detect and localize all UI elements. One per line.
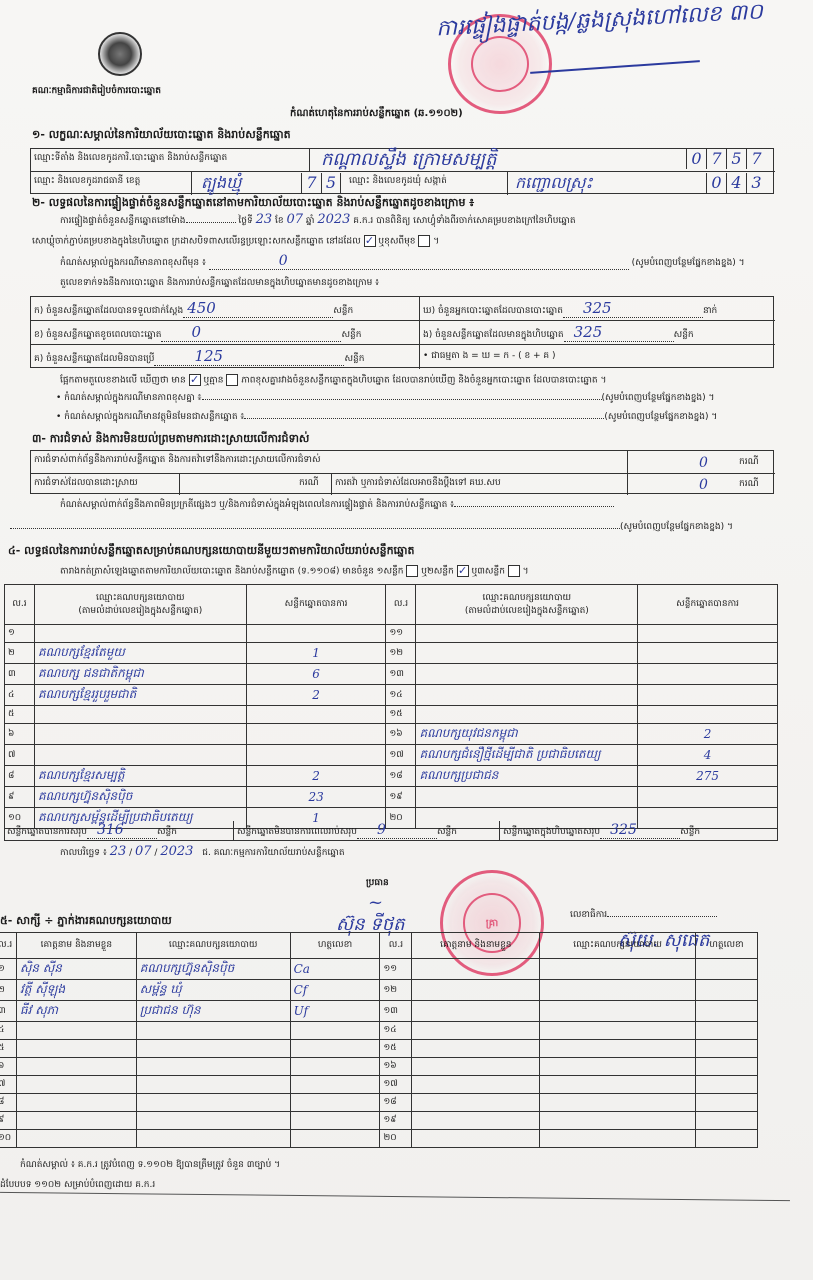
witness-party [540, 1094, 696, 1112]
section4-title: ៤- លទ្ធផលនៃការរាប់សន្លឹកឆ្នោតសម្រាប់គណបក… [8, 544, 415, 560]
table-row: ៤គណបក្សខ្មែររួបរួមជាតិ2១៤ [5, 685, 778, 706]
witness-signature [695, 980, 757, 1001]
resolved-objections-label: ការជំទាស់ដែលបានដោះស្រាយ [34, 478, 138, 489]
valid-votes: 2 [638, 724, 778, 745]
two-sheet-checkbox[interactable]: ✓ [457, 565, 469, 577]
table-row: ៨គណបក្សខ្មែរសម្បត្តិ2១៨គណបក្សប្រជាជន275 [5, 766, 778, 787]
document-page: គណៈកម្មាធិការជាតិរៀបចំការបោះឆ្នោត ការផ្ទ… [0, 0, 813, 1280]
witness-party [540, 1022, 696, 1040]
witness-name [412, 1130, 540, 1148]
footer-note-2: ដំបែបបទ ១១០២ សម្រាប់បំពេញដោយ គ.ក.រ [0, 1180, 155, 1191]
row-number: ២០ [380, 1130, 412, 1148]
table-row: ៦១៦ [0, 1058, 758, 1076]
table-row: ២គណបក្សខ្មែរតែមួយ1១២ [5, 643, 778, 664]
row-number: ៦ [5, 724, 35, 745]
check-time-line: ការផ្ទៀងផ្ទាត់ចំនួនសន្លឹកឆ្នោតនៅម៉ោង ថ្ង… [60, 214, 576, 227]
org-name: គណៈកម្មាធិការជាតិរៀបចំការបោះឆ្នោត [32, 86, 161, 97]
row-number: ១៤ [386, 685, 416, 706]
received-ballots-value: 450 [187, 299, 216, 317]
row-number: ១៣ [380, 1001, 412, 1022]
province-label: ឈ្មោះ និងលេខកូដរាជធានី ខេត្ត [34, 176, 140, 187]
box-ballots-value: 325 [574, 323, 603, 341]
row-number: ១៦ [380, 1058, 412, 1076]
witness-name [16, 1058, 136, 1076]
voters-value: 325 [583, 299, 612, 317]
secretary-label: លេខាធិការ [570, 910, 717, 921]
witness-signature [695, 1022, 757, 1040]
difference-note: • កំណត់សម្គាល់ក្នុងករណីមានភាពខុសគ្នា ៖(ស… [56, 393, 714, 404]
irregularity-note-cont: (សូមបំពេញបន្ថែមផ្នែកខាងខ្នង) ។ [10, 522, 733, 533]
valid-votes [638, 787, 778, 808]
commune-label: ឈ្មោះ និងលេខកូដឃុំ សង្កាត់ [349, 176, 447, 187]
party-name: គណបក្សខ្មែរតែមួយ [34, 643, 246, 664]
witness-party [136, 1076, 290, 1094]
row-number: ១៧ [380, 1076, 412, 1094]
witness-signature: Cf [290, 980, 380, 1001]
witness-signature [695, 1001, 757, 1022]
witness-party [540, 1076, 696, 1094]
party-name [416, 685, 638, 706]
witness-name [16, 1076, 136, 1094]
party-name: គណបក្សជំនឿថ្មីដើម្បីជាតិ ប្រជាធិបតេយ្យ [416, 745, 638, 766]
table-row: ២វត្តី ស៊ីឡុងសម្ព័ន្ធ ឃុំCf១២ [0, 980, 758, 1001]
witness-party [540, 1040, 696, 1058]
row-number: ១៣ [386, 664, 416, 685]
party-name: គណបក្សខ្មែរសម្បត្តិ [34, 766, 246, 787]
signature-stroke [530, 60, 700, 74]
total-box-value: 325 [610, 822, 637, 838]
witness-name: ធីវ សុភា [16, 1001, 136, 1022]
party-name [416, 643, 638, 664]
witness-party [540, 1058, 696, 1076]
table-row: ៧១៧ [0, 1076, 758, 1094]
section3-title: ៣- ការជំទាស់ និងការមិនយល់ព្រមតាមការដោះស្… [32, 432, 309, 448]
witness-signature [695, 959, 757, 980]
party-name: គណបក្សប្រជាជន [416, 766, 638, 787]
row-number: ១០ [0, 1130, 16, 1148]
witness-name [412, 980, 540, 1001]
row-number: ៣ [0, 1001, 16, 1022]
row-number: ១៨ [380, 1094, 412, 1112]
valid-votes [638, 706, 778, 724]
witness-name [412, 1001, 540, 1022]
witness-party [136, 1130, 290, 1148]
diff-note-line: កំណត់សម្គាល់ក្នុងករណីមានភាពខុសពីមុន ៖ 0 … [60, 256, 745, 270]
witness-signature [290, 1058, 380, 1076]
witness-name [412, 1040, 540, 1058]
table-row: ៧១៧គណបក្សជំនឿថ្មីដើម្បីជាតិ ប្រជាធិបតេយ្… [5, 745, 778, 766]
valid-votes [638, 685, 778, 706]
party-name: គណបក្សខ្មែររួបរួមជាតិ [34, 685, 246, 706]
nec-logo-icon [98, 32, 142, 76]
table-row: ៣ធីវ សុភាប្រជាជន ហ៊ុនUf១៣ [0, 1001, 758, 1022]
valid-votes [246, 745, 386, 766]
witness-signature [695, 1094, 757, 1112]
witness-name [412, 1058, 540, 1076]
witness-signature [290, 1112, 380, 1130]
witness-name: ស៊ិន ស៊ីន [16, 959, 136, 980]
witness-signature [695, 1058, 757, 1076]
voters-row: ឃ) ចំនួនអ្នកបោះឆ្នោតដែលបានបោះឆ្នោត325នាក… [423, 303, 717, 318]
row-number: ៥ [5, 706, 35, 724]
row-number: ១១ [386, 625, 416, 643]
witness-party [540, 1130, 696, 1148]
row-number: ១៥ [380, 1040, 412, 1058]
three-sheet-checkbox[interactable] [508, 565, 520, 577]
chair-label: ប្រធាន [366, 878, 389, 889]
no-difference-checkbox[interactable] [226, 374, 238, 386]
row-number: ១៧ [386, 745, 416, 766]
table-row: ៨១៨ [0, 1094, 758, 1112]
unused-ballots-value: 125 [194, 347, 223, 365]
party-name: គណបក្សយុវជនកម្ពុជា [416, 724, 638, 745]
witness-name: វត្តី ស៊ីឡុង [16, 980, 136, 1001]
party-name: គណបក្សហ្វ៊ុនស៊ិនប៉ិច [34, 787, 246, 808]
appeal-label: ការតវ៉ា ឬការជំទាស់ដែលអាចនឹងប្ដឹងទៅ គឃ.សប [335, 478, 501, 489]
witness-signature [695, 1130, 757, 1148]
witness-signature: Uf [290, 1001, 380, 1022]
valid-votes [246, 724, 386, 745]
witness-name [16, 1040, 136, 1058]
party-name [34, 706, 246, 724]
row-number: ៣ [5, 664, 35, 685]
party-name [34, 625, 246, 643]
party-name [34, 724, 246, 745]
party-name [416, 706, 638, 724]
valid-votes [638, 643, 778, 664]
valid-votes: 23 [246, 787, 386, 808]
witness-signature [290, 1022, 380, 1040]
footer-note: កំណត់សម្គាល់ ៖ គ.ក.រ ត្រូវបំពេញ ទ.១១០២ ឱ… [20, 1160, 280, 1171]
commune-name: កញ្ជោលស្រុះ [515, 172, 593, 196]
one-sheet-checkbox[interactable] [406, 565, 418, 577]
row-number: ៨ [5, 766, 35, 787]
objections-table: ការជំទាស់ពាក់ព័ន្ធនឹងការរាប់សន្លឹកឆ្នោត … [30, 450, 774, 494]
witness-name [16, 1130, 136, 1148]
valid-votes: 1 [246, 643, 386, 664]
witness-name [412, 959, 540, 980]
party-name [34, 745, 246, 766]
row-number: ១ [0, 959, 16, 980]
footer-divider [0, 1192, 790, 1201]
check-day: 23 [256, 212, 273, 227]
witness-name [16, 1022, 136, 1040]
party-name [416, 664, 638, 685]
table-row: ១០២០ [0, 1130, 758, 1148]
witness-signature: Ca [290, 959, 380, 980]
ballot-counts-table: ក) ចំនួនសន្លឹកឆ្នោតដែលបានទទួលជាក់ស្ដែង45… [30, 296, 774, 368]
witness-party [540, 959, 696, 980]
witness-party [136, 1040, 290, 1058]
row-number: ១២ [380, 980, 412, 1001]
row-number: ១៦ [386, 724, 416, 745]
witness-name [412, 1094, 540, 1112]
location-name: កណ្ដាលស្ទឹង ក្រោមសម្បត្តិ [321, 147, 497, 174]
row-number: ១៩ [386, 787, 416, 808]
row-number: ៤ [0, 1022, 16, 1040]
row-number: ១៥ [386, 706, 416, 724]
province-code: 7 5 [301, 173, 341, 193]
witness-signature [290, 1094, 380, 1112]
table-row: ៣គណបក្ស ជនជាតិកម្ពុជា6១៣ [5, 664, 778, 685]
section1-title: ១- លក្ខណៈសម្គាល់នៃការិយាល័យបោះឆ្នោត និងរ… [32, 128, 291, 144]
non-ballot-note: • កំណត់សម្គាល់ក្នុងករណីមានវត្ថុមិនមែនជាស… [56, 412, 717, 423]
valid-votes: 4 [638, 745, 778, 766]
location-code: 0 7 5 7 [686, 149, 766, 169]
diff-note-value: 0 [279, 253, 288, 269]
witness-party [136, 1112, 290, 1130]
objections-count: 0 [699, 455, 708, 471]
total-invalid-value: 9 [377, 822, 386, 838]
party-results-table: ល.រ ឈ្មោះគណបក្សនយោបាយ(តាមលំដាប់លេខរៀងក្ន… [4, 584, 778, 829]
different-checkbox[interactable] [418, 235, 430, 247]
row-number: ១៨ [386, 766, 416, 787]
witness-name [16, 1094, 136, 1112]
table-row: ៤១៤ [0, 1022, 758, 1040]
table-row: ៥១៥ [0, 1040, 758, 1058]
form-title: កំណត់ហេតុនៃការរាប់សន្លឹកឆ្នោត (ឆ.១១០២) [290, 108, 463, 120]
received-ballots-row: ក) ចំនួនសន្លឹកឆ្នោតដែលបានទទួលជាក់ស្ដែង45… [34, 303, 416, 318]
row-number: ៤ [5, 685, 35, 706]
witness-name [16, 1112, 136, 1130]
row-number: ២ [5, 643, 35, 664]
has-difference-checkbox[interactable]: ✓ [189, 374, 201, 386]
row-number: ៧ [5, 745, 35, 766]
appeal-count: 0 [699, 477, 708, 493]
row-number: ៦ [0, 1058, 16, 1076]
totals-row: សន្លឹកឆ្នោតបានការសរុប316សន្លឹក សន្លឹកឆ្ន… [4, 821, 778, 841]
spoiled-ballots-row: ខ) ចំនួនសន្លឹកឆ្នោតខូចពេលបោះឆ្នោត0សន្លឹក [34, 327, 361, 342]
valid-votes [638, 625, 778, 643]
witness-party [136, 1058, 290, 1076]
witness-name [412, 1076, 540, 1094]
section5-title: ៥- សាក្សី ÷ ភ្នាក់ងារគណបក្សនយោបាយ [0, 914, 172, 930]
witness-party: សម្ព័ន្ធ ឃុំ [136, 980, 290, 1001]
irregularity-note: កំណត់សម្គាល់ពាក់ព័ន្ធនឹងភាពមិនប្រក្រតីផ្… [60, 500, 614, 511]
box-ballots-row: ង) ចំនួនសន្លឹកឆ្នោតដែលមានក្នុងហិបឆ្នោត32… [423, 327, 694, 342]
witness-name [412, 1112, 540, 1130]
valid-votes: 6 [246, 664, 386, 685]
total-valid-value: 316 [97, 822, 124, 838]
check-year: 2023 [317, 212, 350, 227]
party-name [416, 787, 638, 808]
witness-party: គណបក្សហ្វ៊ុនស៊ិនប៉ិច [136, 959, 290, 980]
unused-ballots-row: គ) ចំនួនសន្លឹកឆ្នោតដែលមិនបានប្រើ125សន្លឹ… [34, 351, 364, 366]
row-number: ៩ [0, 1112, 16, 1130]
row-number: ១២ [386, 643, 416, 664]
witness-signature [290, 1130, 380, 1148]
top-handwritten-note: ការផ្ទៀងផ្ទាត់បង្ក/ឆ្លងស្រុងហៅលេខ ៣០ [435, 0, 763, 47]
witness-party [540, 1112, 696, 1130]
sheet-count-line: តារាងកត់ត្រាសំឡេងឆ្នោតតាមការិយាល័យបោះឆ្ន… [60, 565, 529, 578]
witness-signature [695, 1040, 757, 1058]
witness-party [540, 980, 696, 1001]
row-number: ៥ [0, 1040, 16, 1058]
chair-signature: ~ [368, 892, 383, 913]
valid-votes: 2 [246, 766, 386, 787]
seal-status-line: សោឃ្លុំចាក់ភ្ជាប់គម្របខាងក្នុងនៃហិបឆ្នោត… [32, 235, 439, 248]
table-row: ១ស៊ិន ស៊ីនគណបក្សហ្វ៊ុនស៊ិនប៉ិចCa១១ [0, 959, 758, 980]
party-name: គណបក្ស ជនជាតិកម្ពុជា [34, 664, 246, 685]
witness-party: ប្រជាជន ហ៊ុន [136, 1001, 290, 1022]
table-row: ៦១៦គណបក្សយុវជនកម្ពុជា2 [5, 724, 778, 745]
witness-table: ល.រ គោត្តនាម និងនាមខ្លួន ឈ្មោះគណបក្សនយោប… [0, 932, 758, 1148]
witness-signature [695, 1076, 757, 1094]
location-label: ឈ្មោះទីតាំង និងលេខកូដការិ.បោះឆ្នោត និងរា… [34, 153, 227, 164]
row-number: ១៩ [380, 1112, 412, 1130]
spoiled-ballots-value: 0 [191, 323, 201, 341]
valid-votes [246, 625, 386, 643]
witness-signature [290, 1076, 380, 1094]
table-row: ៩គណបក្សហ្វ៊ុនស៊ិនប៉ិច23១៩ [5, 787, 778, 808]
valid-votes [638, 664, 778, 685]
row-number: ១១ [380, 959, 412, 980]
witness-signature [695, 1112, 757, 1130]
same-checkbox[interactable]: ✓ [364, 235, 376, 247]
table-row: ៩១៩ [0, 1112, 758, 1130]
objections-label: ការជំទាស់ពាក់ព័ន្ធនឹងការរាប់សន្លឹកឆ្នោត … [34, 455, 321, 466]
row-number: ១៤ [380, 1022, 412, 1040]
counts-intro: តួលេខទាក់ទងនឹងការបោះឆ្នោត និងការរាប់សន្ល… [60, 278, 379, 289]
signing-date: កាលបរិច្ឆេទ ៖ 23 / 07 / 2023 ជ. គណៈកម្មក… [60, 846, 345, 859]
table-row: ១១១ [5, 625, 778, 643]
party-name [416, 625, 638, 643]
row-number: ១ [5, 625, 35, 643]
witness-party [136, 1094, 290, 1112]
table-row: ៥១៥ [5, 706, 778, 724]
commune-code: 0 4 3 [706, 173, 766, 193]
valid-votes [246, 706, 386, 724]
formula: • ជាធម្មតា ង = ឃ = ក - ( ខ + គ ) [423, 351, 556, 362]
witness-party [136, 1022, 290, 1040]
check-month: 07 [286, 212, 303, 227]
witness-party [540, 1001, 696, 1022]
valid-votes: 275 [638, 766, 778, 787]
witness-name [412, 1022, 540, 1040]
location-table: ឈ្មោះទីតាំង និងលេខកូដការិ.បោះឆ្នោត និងរា… [30, 148, 774, 194]
province-name: ត្បូងឃ្មុំ [201, 172, 241, 196]
row-number: ៨ [0, 1094, 16, 1112]
valid-votes: 2 [246, 685, 386, 706]
section2-title: ២- លទ្ធផលនៃការផ្ទៀងផ្ទាត់ចំនួនសន្លឹកឆ្នោ… [32, 196, 474, 212]
row-number: ២ [0, 980, 16, 1001]
difference-line: ផ្អែកតាមតួលេខខាងលើ ឃើញថា មាន ✓ ឬគ្មាន ភា… [60, 374, 606, 387]
row-number: ៧ [0, 1076, 16, 1094]
row-number: ៩ [5, 787, 35, 808]
witness-signature [290, 1040, 380, 1058]
